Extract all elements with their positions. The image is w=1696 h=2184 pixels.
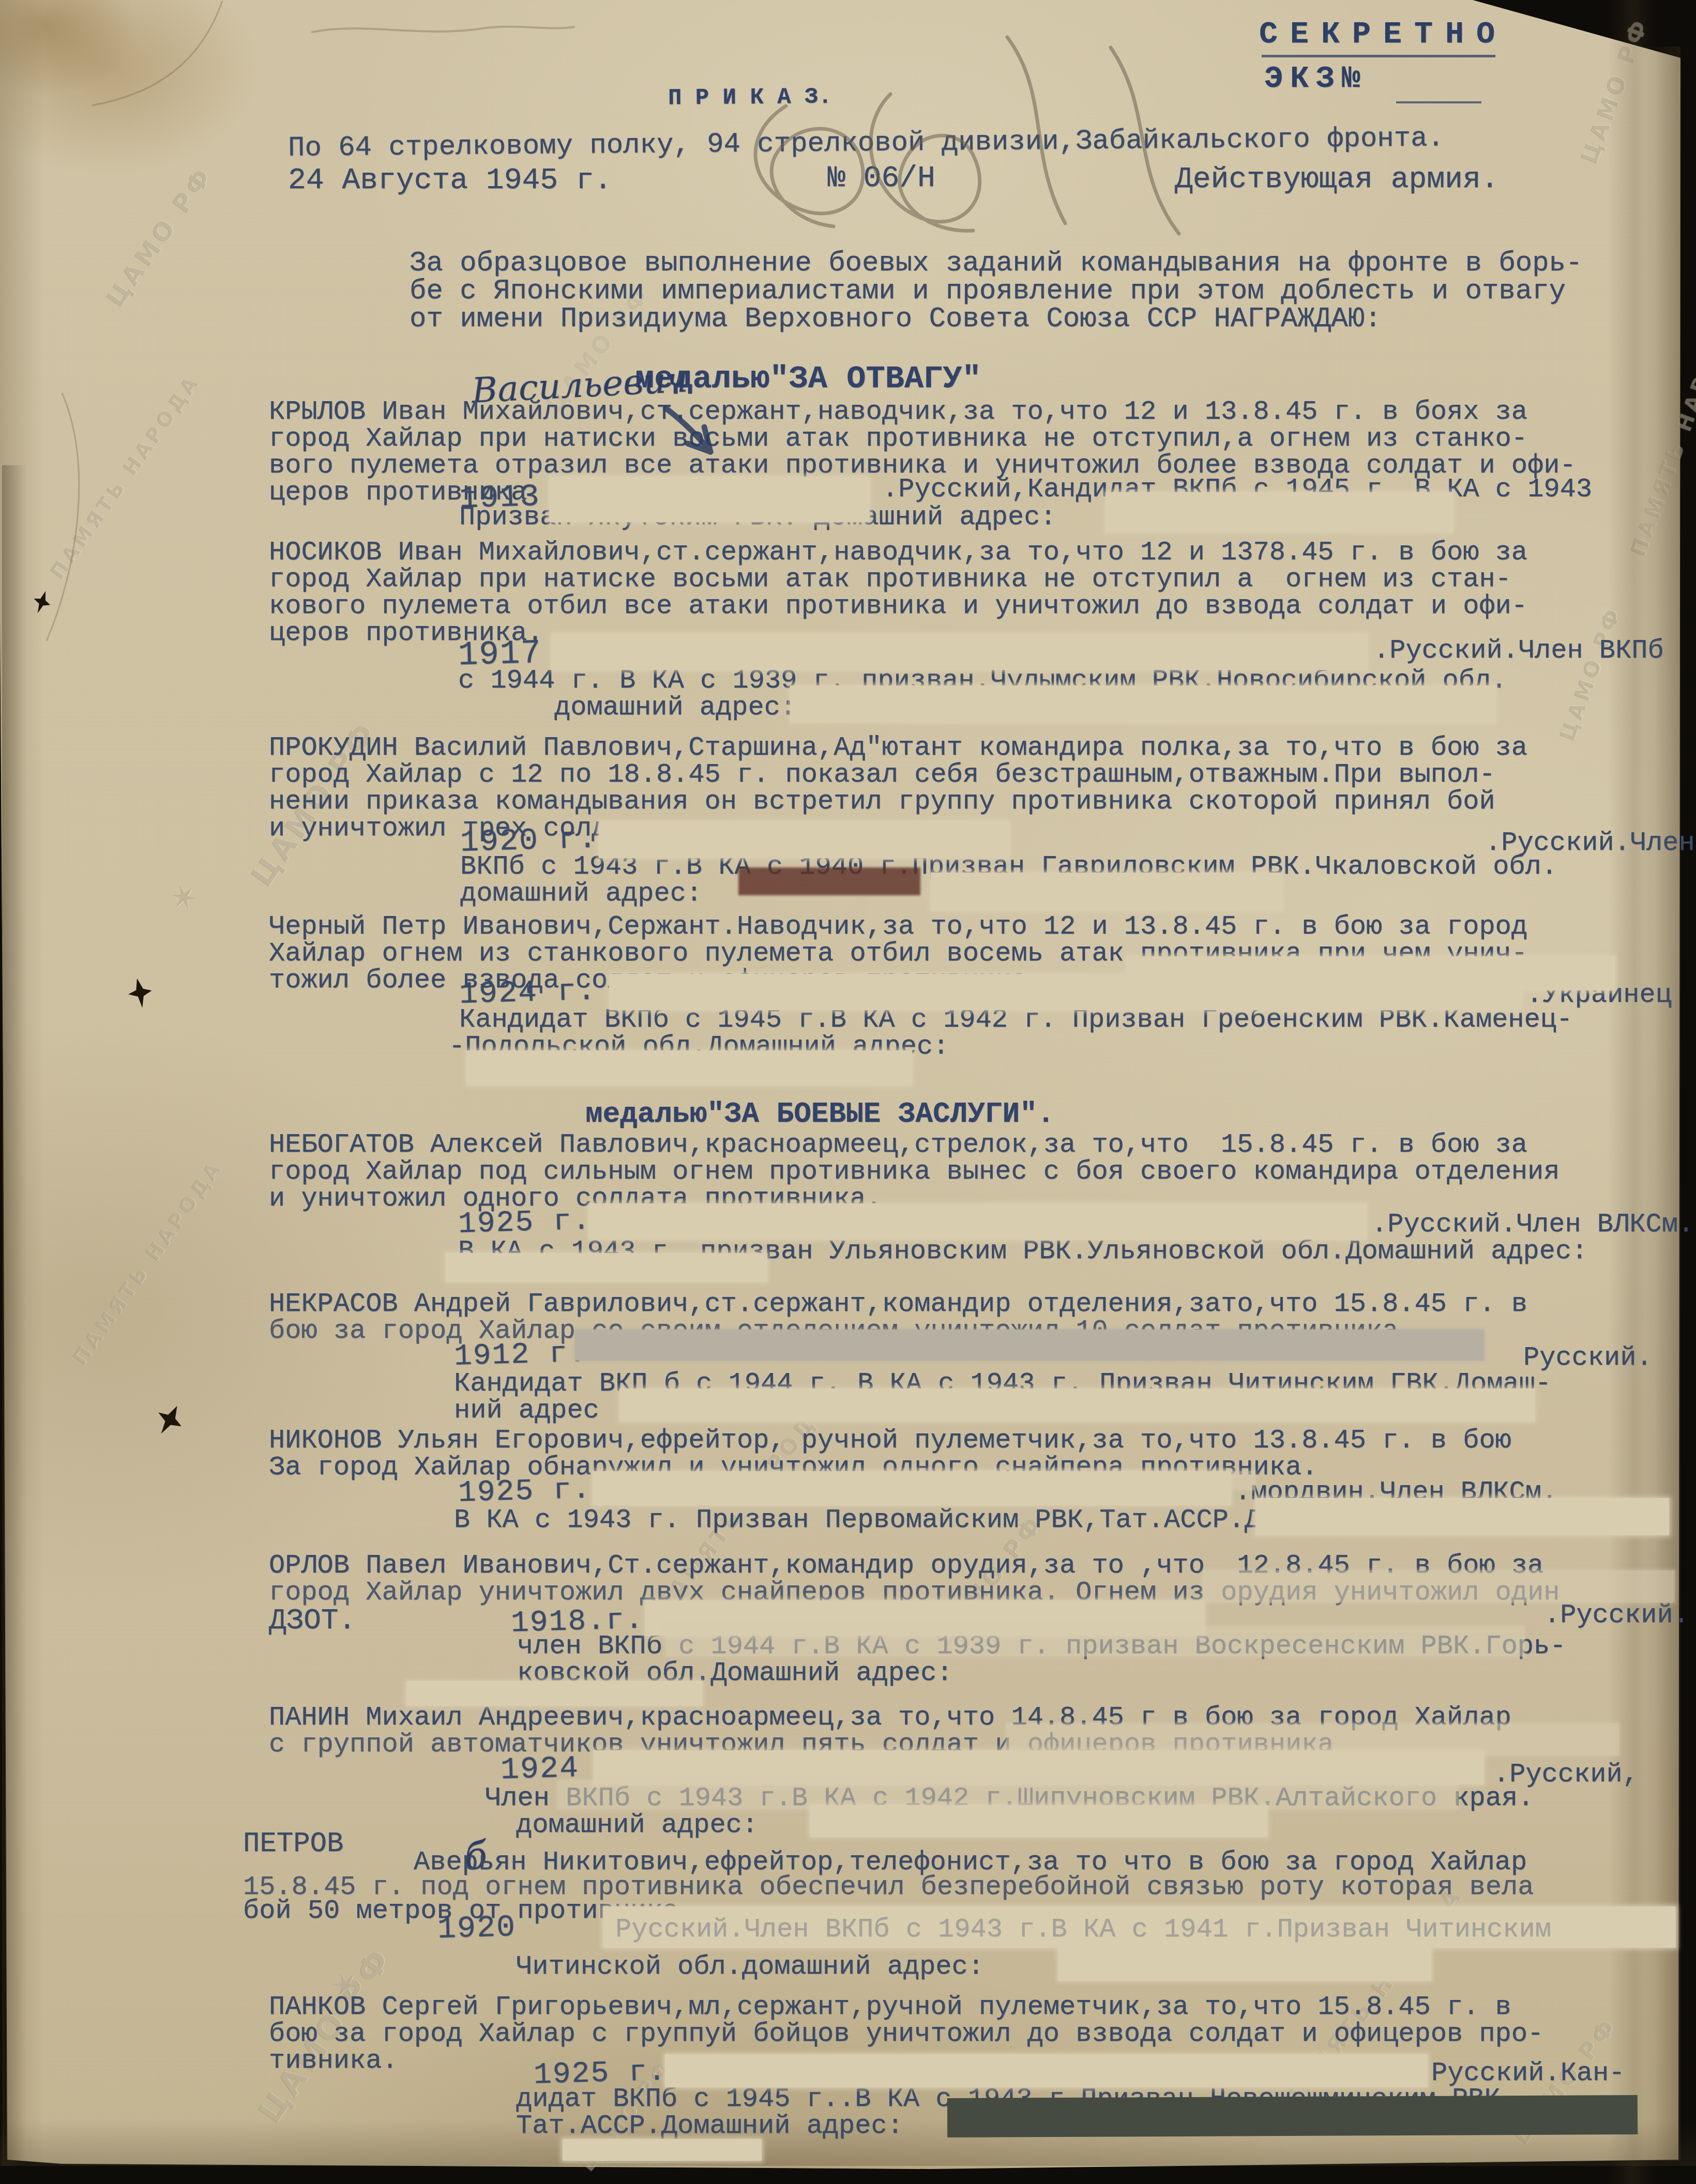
entry-nebogatov-line2: город Хайлар под сильным огнем противник… <box>269 1158 1559 1186</box>
redaction-box <box>1058 1947 1431 1981</box>
redaction-box <box>549 477 870 522</box>
redaction-box <box>406 1681 702 1706</box>
redaction-box <box>551 634 1368 670</box>
entry-nosikov-line3: кового пулемета отбил все атаки противни… <box>269 592 1527 621</box>
redaction-box <box>665 2054 1428 2087</box>
entry-nekrasov-line1: НЕКРАСОВ Андрей Гаврилович,ст.сержант,ко… <box>269 1290 1527 1319</box>
redaction-box <box>599 821 1010 858</box>
preamble-line3: от имени Призидиума Верховного Совета Со… <box>410 305 1382 334</box>
redaction-box <box>466 1050 912 1086</box>
redaction-box <box>1203 1570 1674 1602</box>
entry-cherny-line4: Кандидат ВКПб с 1945 г.В КА с 1942 г. Пр… <box>459 1006 1572 1034</box>
secrecy-stamp: СЕКРЕТНО <box>1259 19 1507 51</box>
entry-panin-line4: домашний адрес: <box>516 1811 758 1840</box>
redaction-box-black <box>947 2095 1638 2137</box>
order-title: П Р И К А З. <box>668 85 832 111</box>
section-merit-medal: медалью"ЗА БОЕВЫЕ ЗАСЛУГИ". <box>585 1099 1054 1129</box>
scanned-order-page: ЦАМО РФ ПАМЯТЬ НАРОДА ЦАМО РФ ПАМЯТЬ НАР… <box>0 0 1696 2184</box>
entry-petrov-line4: Читинской обл.домашний адрес: <box>516 1953 984 1981</box>
redaction-box <box>594 1750 1484 1784</box>
copy-number-stamp: ЭКЗ№ <box>1264 63 1368 96</box>
preamble-line1: За образцовое выполнение боевых заданий … <box>410 249 1582 279</box>
entry-cherny-line1: Черный Петр Иванович,Сержант.Наводчик,за… <box>269 913 1527 941</box>
entry-krylov-line2: город Хайлар при натиски восьми атак про… <box>269 425 1527 453</box>
redaction-box <box>609 974 1522 1010</box>
entry-krylov-line1: КРЫЛОВ Иван Михайлович,ст.сержант,наводч… <box>269 398 1527 426</box>
entry-pankov-line1: ПАНКОВ Сергей Григорьевич,мл,сержант,руч… <box>269 1993 1511 2022</box>
redaction-box <box>810 1805 1267 1837</box>
entry-nikonov-line1: НИКОНОВ Ульян Егорович,ефрейтор, ручной … <box>269 1427 1511 1455</box>
entry-nekrasov-line4: ний адрес <box>454 1397 599 1425</box>
entry-nosikov-right-fragment: .Русский.Член ВКПб <box>1373 637 1664 665</box>
redaction-box <box>563 2139 762 2161</box>
redaction-smudge <box>738 867 920 895</box>
order-number: № 06/Н <box>827 163 935 195</box>
entry-prokudin-line6: домашний адрес: <box>460 880 702 908</box>
order-date: 24 Августа 1945 г. <box>288 165 612 197</box>
entry-prokudin-line2: город Хайлар с 12 по 18.8.45 г. показал … <box>269 761 1495 789</box>
entry-prokudin-line1: ПРОКУДИН Василий Павлович,Старшина,Ад"ют… <box>269 734 1527 762</box>
redaction-box <box>588 1203 1367 1240</box>
entry-orlov-line3: ДЗОТ. <box>269 1606 356 1636</box>
entry-nebogatov-line1: НЕБОГАТОВ Алексей Павлович,красноармеец,… <box>269 1131 1527 1159</box>
entry-orlov-right-fragment: .Русский. <box>1544 1601 1689 1630</box>
entry-nosikov-line6: домашний адрес: <box>554 694 796 722</box>
redaction-box-gray <box>575 1330 1484 1361</box>
entry-nosikov-line2: город Хайлар при натиске восьми атак про… <box>269 566 1511 594</box>
entry-petrov-birthyear: 1920 <box>437 1912 517 1946</box>
entry-pankov-line5: Тат.АССР.Домашний адрес: <box>516 2112 903 2141</box>
entry-petrov-ghost-text: Русский.Член ВКПб с 1943 г.В КА с 1941 г… <box>615 1916 1551 1944</box>
entry-nosikov-line1: НОСИКОВ Иван Михайлович,ст.сержант,навод… <box>269 539 1527 567</box>
redaction-box <box>1255 1498 1669 1535</box>
redaction-box <box>666 1626 1524 1656</box>
redaction-box <box>931 873 1282 911</box>
entry-prokudin-line3: нении приказа командывания он встретил г… <box>269 788 1495 816</box>
redaction-box <box>1106 492 1453 532</box>
redaction-box <box>790 685 1496 723</box>
preamble-line2: бе с Японскими империалистами и проявлен… <box>410 277 1566 307</box>
redaction-box <box>619 1388 1535 1422</box>
redaction-box <box>593 1471 1231 1505</box>
entry-petrov-surname: ПЕТРОВ <box>243 1830 343 1859</box>
army-note: Действующая армия. <box>1175 164 1499 196</box>
entry-nebogatov-right-fragment: .Русский.Член ВЛКСм. <box>1371 1211 1694 1239</box>
redaction-box <box>446 1253 767 1282</box>
entry-pankov-line3: тивника. <box>269 2047 398 2075</box>
entry-pankov-line2: бою за город Хайлар с группуй бойцов уни… <box>269 2020 1543 2049</box>
